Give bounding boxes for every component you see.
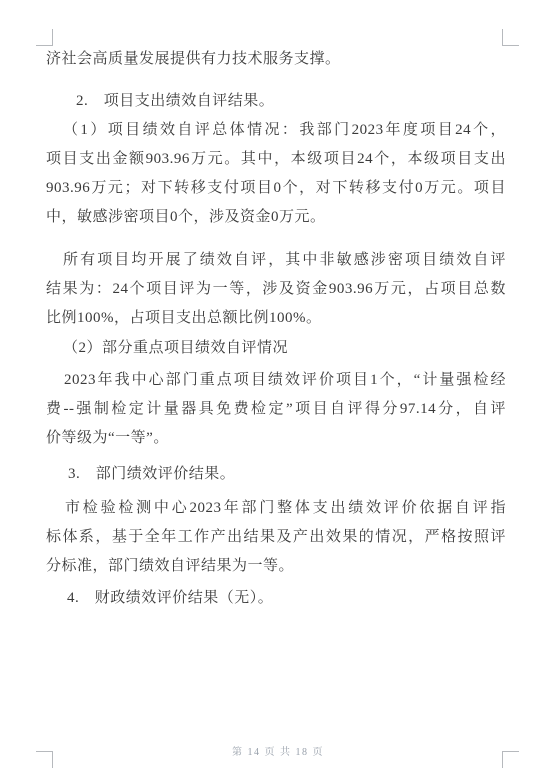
text-line: 2. 项目支出绩效自评结果。 — [46, 87, 506, 116]
text-line: （1）项目绩效自评总体情况：我部门2023年度项目24个， — [46, 116, 506, 145]
text-line: 分标准，部门绩效自评结果为一等。 — [46, 552, 506, 581]
paragraph: 2. 项目支出绩效自评结果。 — [46, 87, 506, 116]
text-line: 903.96万元；对下转移支付项目0个，对下转移支付0万元。项目 — [46, 174, 506, 203]
document-page: 济社会高质量发展提供有力技术服务支撑。 2. 项目支出绩效自评结果。 （1）项目… — [0, 0, 556, 781]
crop-mark-top-left — [36, 29, 53, 46]
text-line: 费--强制检定计量器具免费检定”项目自评得分97.14分，自评 — [46, 395, 506, 424]
paragraph: 2023年我中心部门重点项目绩效评价项目1个，“计量强检经 费--强制检定计量器… — [46, 366, 506, 453]
text-line: 市检验检测中心2023年部门整体支出绩效评价依据自评指 — [46, 494, 506, 523]
paragraph: 市检验检测中心2023年部门整体支出绩效评价依据自评指 标体系，基于全年工作产出… — [46, 494, 506, 581]
page-number-text: 第 14 页 共 18 页 — [232, 747, 324, 758]
paragraph: 济社会高质量发展提供有力技术服务支撑。 — [46, 45, 506, 74]
text-line: （2）部分重点项目绩效自评情况 — [46, 334, 506, 363]
paragraph: 3. 部门绩效评价结果。 — [46, 460, 506, 489]
text-line: 项目支出金额903.96万元。其中，本级项目24个，本级项目支出 — [46, 145, 506, 174]
paragraph: （2）部分重点项目绩效自评情况 — [46, 334, 506, 363]
text-line: 中，敏感涉密项目0个，涉及资金0万元。 — [46, 203, 506, 232]
text-line: 所有项目均开展了绩效自评，其中非敏感涉密项目绩效自评 — [46, 246, 506, 275]
paragraph: 所有项目均开展了绩效自评，其中非敏感涉密项目绩效自评 结果为：24个项目评为一等… — [46, 246, 506, 333]
text-line: 价等级为“一等”。 — [46, 424, 506, 453]
text-line: 比例100%，占项目支出总额比例100%。 — [46, 304, 506, 333]
text-line: 济社会高质量发展提供有力技术服务支撑。 — [46, 45, 506, 74]
text-line: 4. 财政绩效评价结果（无）。 — [46, 584, 506, 613]
page-footer: 第 14 页 共 18 页 — [0, 743, 556, 758]
text-line: 3. 部门绩效评价结果。 — [46, 460, 506, 489]
paragraph: 4. 财政绩效评价结果（无）。 — [46, 584, 506, 613]
document-body: 济社会高质量发展提供有力技术服务支撑。 2. 项目支出绩效自评结果。 （1）项目… — [46, 45, 506, 613]
paragraph: （1）项目绩效自评总体情况：我部门2023年度项目24个， 项目支出金额903.… — [46, 116, 506, 232]
text-line: 2023年我中心部门重点项目绩效评价项目1个，“计量强检经 — [46, 366, 506, 395]
text-line: 结果为：24个项目评为一等，涉及资金903.96万元，占项目总数 — [46, 275, 506, 304]
text-line: 标体系，基于全年工作产出结果及产出效果的情况，严格按照评 — [46, 523, 506, 552]
crop-mark-top-right — [502, 29, 519, 46]
